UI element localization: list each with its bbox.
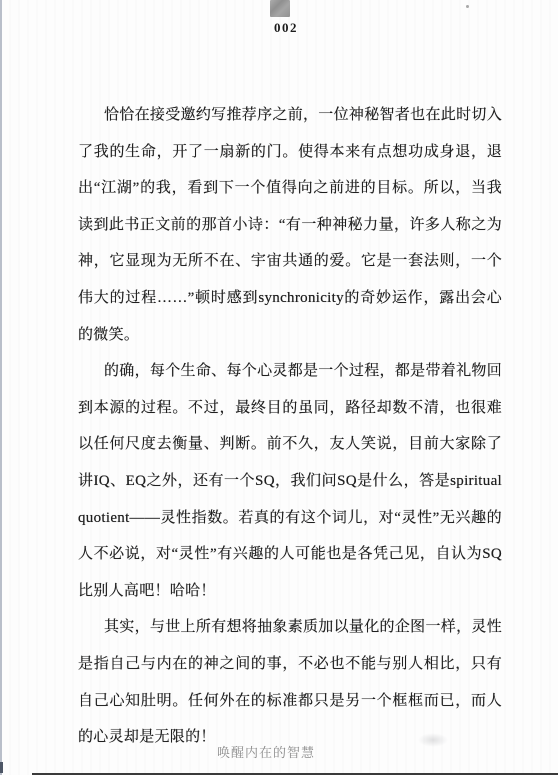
- scan-artifact-square: [270, 0, 290, 17]
- scan-dust-dot: [466, 5, 469, 8]
- page-number: 002: [263, 20, 309, 36]
- scan-left-edge-dark-mark: [0, 762, 3, 773]
- paragraph-2: 的确，每个生命、每个心灵都是一个过程，都是带着礼物回到本源的过程。不过，最终目的…: [78, 353, 502, 609]
- running-footer-title: 唤醒内在的智慧: [0, 742, 545, 761]
- paragraph-1: 恰恰在接受邀约写推荐序之前，一位神秘智者也在此时切入了我的生命，开了一扇新的门。…: [78, 97, 502, 353]
- book-page: 002 恰恰在接受邀约写推荐序之前，一位神秘智者也在此时切入了我的生命，开了一扇…: [0, 0, 558, 775]
- scan-left-edge-line: [0, 0, 2, 775]
- body-text-block: 恰恰在接受邀约写推荐序之前，一位神秘智者也在此时切入了我的生命，开了一扇新的门。…: [78, 97, 502, 756]
